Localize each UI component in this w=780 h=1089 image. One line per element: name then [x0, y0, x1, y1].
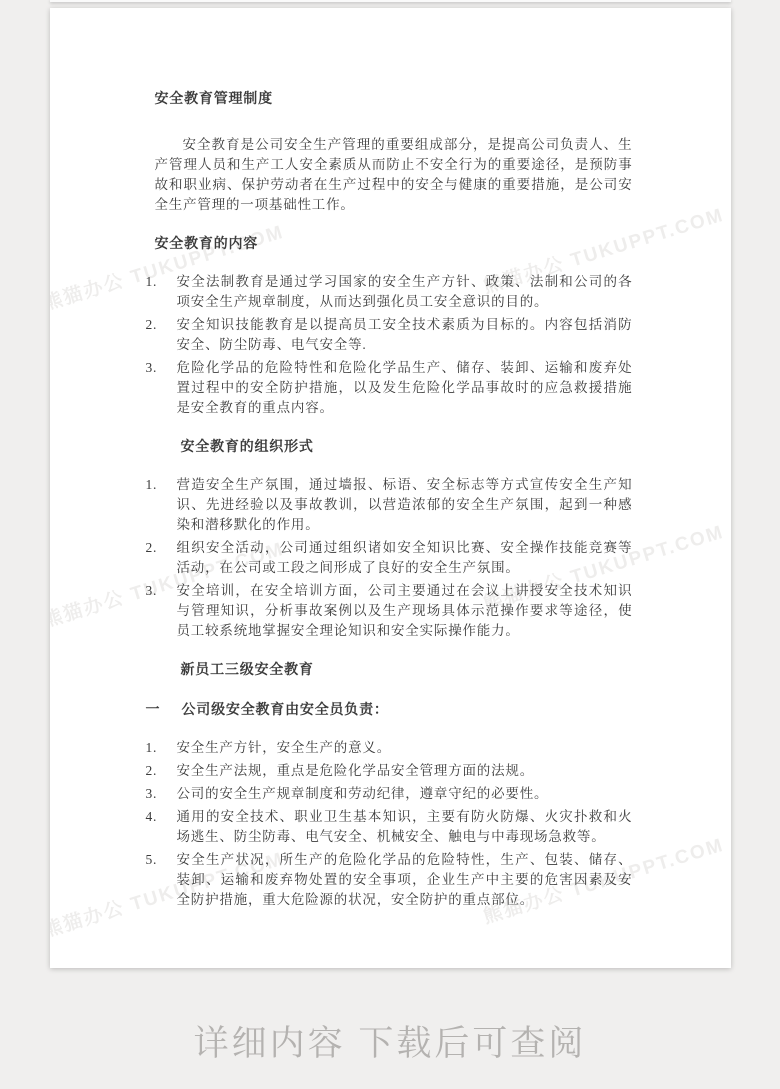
list-company-level-education: 1. 安全生产方针，安全生产的意义。 2. 安全生产法规，重点是危险化学品安全管…	[146, 738, 633, 910]
list-item-number: 2.	[146, 538, 177, 578]
list-item-text: 安全法制教育是通过学习国家的安全生产方针、政策、法制和公司的各项安全生产规章制度…	[177, 272, 633, 312]
subsection-title: 公司级安全教育由安全员负责：	[182, 701, 389, 721]
section-heading-organization-form: 安全教育的组织形式	[181, 438, 633, 458]
list-item: 3. 公司的安全生产规章制度和劳动纪律，遵章守纪的必要性。	[146, 784, 633, 804]
list-item: 2. 组织安全活动，公司通过组织诸如安全知识比赛、安全操作技能竞赛等活动，在公司…	[146, 538, 633, 578]
document-content: 安全教育管理制度 安全教育是公司安全生产管理的重要组成部分，是提高公司负责人、生…	[50, 8, 731, 910]
list-item-text: 组织安全活动，公司通过组织诸如安全知识比赛、安全操作技能竞赛等活动，在公司或工段…	[177, 538, 633, 578]
list-item-number: 5.	[146, 850, 177, 910]
list-item-number: 1.	[146, 272, 177, 312]
subsection-heading-company-level: 一 公司级安全教育由安全员负责：	[146, 701, 633, 721]
list-item: 2. 安全知识技能教育是以提高员工安全技术素质为目标的。内容包括消防安全、防尘防…	[146, 315, 633, 355]
preview-footer-notice: 详细内容 下载后可查阅	[0, 1016, 780, 1066]
list-item-text: 安全生产状况，所生产的危险化学品的危险特性，生产、包装、储存、装卸、运输和废弃物…	[177, 850, 633, 910]
previous-page-bottom-edge	[50, 0, 731, 2]
section-heading-new-employee: 新员工三级安全教育	[181, 661, 633, 681]
section-heading-education-content: 安全教育的内容	[155, 235, 633, 255]
list-item-text: 安全培训，在安全培训方面，公司主要通过在会议上讲授安全技术知识与管理知识，分析事…	[177, 581, 633, 641]
list-item-number: 4.	[146, 807, 177, 847]
list-item-text: 公司的安全生产规章制度和劳动纪律，遵章守纪的必要性。	[177, 784, 633, 804]
document-page: 熊猫办公 TUKUPPT.COM 熊猫办公 TUKUPPT.COM 熊猫办公 T…	[50, 8, 731, 968]
list-item-number: 1.	[146, 738, 177, 758]
list-item-number: 1.	[146, 475, 177, 535]
list-item-number: 3.	[146, 358, 177, 418]
intro-paragraph: 安全教育是公司安全生产管理的重要组成部分，是提高公司负责人、生产管理人员和生产工…	[155, 135, 633, 215]
list-item: 1. 安全法制教育是通过学习国家的安全生产方针、政策、法制和公司的各项安全生产规…	[146, 272, 633, 312]
list-item-text: 安全知识技能教育是以提高员工安全技术素质为目标的。内容包括消防安全、防尘防毒、电…	[177, 315, 633, 355]
list-item: 2. 安全生产法规，重点是危险化学品安全管理方面的法规。	[146, 761, 633, 781]
list-education-content: 1. 安全法制教育是通过学习国家的安全生产方针、政策、法制和公司的各项安全生产规…	[146, 272, 633, 418]
list-item: 1. 营造安全生产氛围，通过墙报、标语、安全标志等方式宣传安全生产知识、先进经验…	[146, 475, 633, 535]
list-item: 1. 安全生产方针，安全生产的意义。	[146, 738, 633, 758]
list-item-text: 通用的安全技术、职业卫生基本知识，主要有防火防爆、火灾扑救和火场逃生、防尘防毒、…	[177, 807, 633, 847]
list-item-text: 安全生产法规，重点是危险化学品安全管理方面的法规。	[177, 761, 633, 781]
list-item: 3. 危险化学品的危险特性和危险化学品生产、储存、装卸、运输和废弃处置过程中的安…	[146, 358, 633, 418]
doc-title: 安全教育管理制度	[155, 90, 633, 110]
list-item-number: 3.	[146, 784, 177, 804]
subsection-number: 一	[146, 701, 182, 721]
list-item-number: 2.	[146, 315, 177, 355]
list-item-text: 危险化学品的危险特性和危险化学品生产、储存、装卸、运输和废弃处置过程中的安全防护…	[177, 358, 633, 418]
list-item: 5. 安全生产状况，所生产的危险化学品的危险特性，生产、包装、储存、装卸、运输和…	[146, 850, 633, 910]
list-item-number: 3.	[146, 581, 177, 641]
list-item: 4. 通用的安全技术、职业卫生基本知识，主要有防火防爆、火灾扑救和火场逃生、防尘…	[146, 807, 633, 847]
list-item: 3. 安全培训，在安全培训方面，公司主要通过在会议上讲授安全技术知识与管理知识，…	[146, 581, 633, 641]
list-item-number: 2.	[146, 761, 177, 781]
list-item-text: 营造安全生产氛围，通过墙报、标语、安全标志等方式宣传安全生产知识、先进经验以及事…	[177, 475, 633, 535]
list-organization-form: 1. 营造安全生产氛围，通过墙报、标语、安全标志等方式宣传安全生产知识、先进经验…	[146, 475, 633, 641]
list-item-text: 安全生产方针，安全生产的意义。	[177, 738, 633, 758]
